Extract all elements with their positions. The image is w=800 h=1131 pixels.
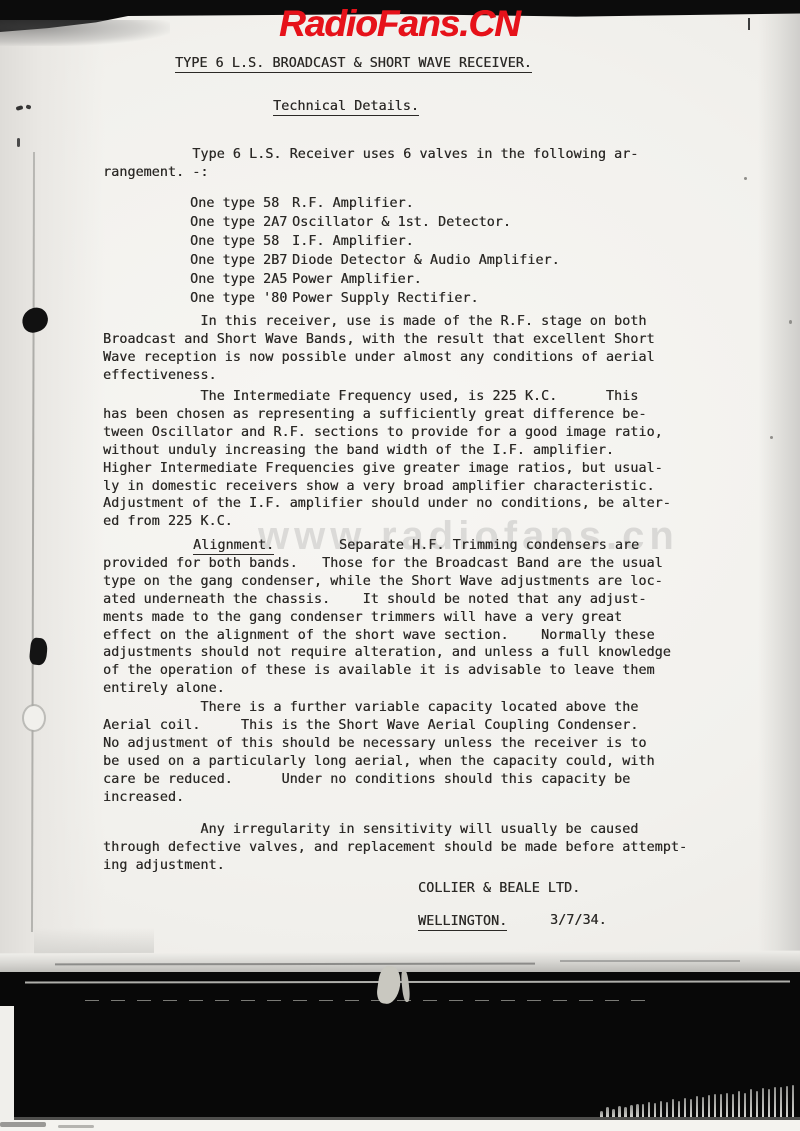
text-line: ments made to the gang condenser trimmer… bbox=[103, 609, 671, 627]
text-line: tween Oscillator and R.F. sections to pr… bbox=[103, 424, 671, 442]
text-line: ing adjustment. bbox=[103, 857, 687, 875]
scratch-line bbox=[85, 1000, 645, 1001]
valve-qty: One type '80 bbox=[190, 290, 292, 309]
scanner-edge-strip bbox=[0, 1006, 14, 1131]
text-line: adjustments should not require alteratio… bbox=[103, 644, 671, 662]
text-line: has been chosen as representing a suffic… bbox=[103, 406, 671, 424]
page-title: TYPE 6 L.S. BROADCAST & SHORT WAVE RECEI… bbox=[175, 56, 532, 71]
scan-streak bbox=[560, 960, 740, 962]
text-line: increased. bbox=[103, 789, 655, 807]
text-line: Any irregularity in sensitivity will usu… bbox=[103, 821, 687, 839]
valve-row: One type 2A5Power Amplifier. bbox=[190, 271, 560, 290]
dust-speck bbox=[770, 436, 773, 439]
valve-role: R.F. Amplifier. bbox=[292, 196, 414, 211]
text-line: entirely alone. bbox=[103, 680, 671, 698]
text-line: effect on the alignment of the short wav… bbox=[103, 627, 671, 645]
valve-row: One type 58I.F. Amplifier. bbox=[190, 233, 560, 252]
alignment-heading: Alignment. bbox=[193, 538, 274, 555]
scanner-bottom-strip bbox=[0, 1120, 800, 1131]
text-line: Broadcast and Short Wave Bands, with the… bbox=[103, 331, 655, 349]
right-edge-shade bbox=[758, 0, 800, 975]
valve-role: I.F. Amplifier. bbox=[292, 234, 414, 249]
text-line: Adjustment of the I.F. amplifier should … bbox=[103, 495, 671, 513]
pen-mark bbox=[17, 138, 20, 147]
sensitivity-paragraph: Any irregularity in sensitivity will usu… bbox=[103, 821, 687, 875]
intro-paragraph: Type 6 L.S. Receiver uses 6 valves in th… bbox=[103, 146, 638, 182]
valve-qty: One type 2B7 bbox=[190, 252, 292, 271]
capacity-paragraph: There is a further variable capacity loc… bbox=[103, 699, 655, 806]
scan-stripe-artifact bbox=[600, 972, 796, 1118]
valve-row: One type '80Power Supply Rectifier. bbox=[190, 290, 560, 309]
valve-row: One type 2B7Diode Detector & Audio Ampli… bbox=[190, 252, 560, 271]
valve-qty: One type 58 bbox=[190, 233, 292, 252]
alignment-lines: provided for both bands. Those for the B… bbox=[103, 555, 671, 698]
text-line: Type 6 L.S. Receiver uses 6 valves in th… bbox=[103, 146, 638, 164]
dust-speck bbox=[744, 177, 747, 180]
text-line: be used on a particularly long aerial, w… bbox=[103, 753, 655, 771]
text-line: ly in domestic receivers show a very bro… bbox=[103, 478, 671, 496]
valve-qty: One type 2A5 bbox=[190, 271, 292, 290]
valve-qty: One type 2A7 bbox=[190, 214, 292, 233]
punch-hole bbox=[24, 706, 44, 730]
valve-role: Power Supply Rectifier. bbox=[292, 291, 479, 306]
alignment-first-line-rest: Separate H.F. Trimming condensers are bbox=[274, 538, 639, 553]
if-frequency-paragraph: The Intermediate Frequency used, is 225 … bbox=[103, 388, 671, 531]
text-line: In this receiver, use is made of the R.F… bbox=[103, 313, 655, 331]
text-line: There is a further variable capacity loc… bbox=[103, 699, 655, 717]
alignment-paragraph: Alignment. Separate H.F. Trimming conden… bbox=[103, 537, 671, 698]
scan-top-smudge bbox=[0, 20, 170, 46]
valve-role: Oscillator & 1st. Detector. bbox=[292, 215, 511, 230]
company-city: WELLINGTON. bbox=[418, 914, 507, 929]
text-line: Higher Intermediate Frequencies give gre… bbox=[103, 460, 671, 478]
text-line: of the operation of these is available i… bbox=[103, 662, 671, 680]
text-line: without unduly increasing the band width… bbox=[103, 442, 671, 460]
scan-smudge bbox=[58, 1125, 94, 1128]
text-line: through defective valves, and replacemen… bbox=[103, 839, 687, 857]
scan-smudge bbox=[0, 1122, 46, 1127]
text-line: Wave reception is now possible under alm… bbox=[103, 349, 655, 367]
valve-qty: One type 58 bbox=[190, 195, 292, 214]
text-line: Aerial coil. This is the Short Wave Aeri… bbox=[103, 717, 655, 735]
text-line: provided for both bands. Those for the B… bbox=[103, 555, 671, 573]
valve-row: One type 2A7Oscillator & 1st. Detector. bbox=[190, 214, 560, 233]
rf-stage-paragraph: In this receiver, use is made of the R.F… bbox=[103, 313, 655, 385]
text-line: care be reduced. Under no conditions sho… bbox=[103, 771, 655, 789]
scanned-document-page: RadioFans.CN www.radiofans.cn TYPE 6 L.S… bbox=[0, 0, 800, 1131]
document-date: 3/7/34. bbox=[550, 913, 607, 928]
left-margin-shade bbox=[0, 0, 110, 1010]
text-line: rangement. -: bbox=[103, 164, 638, 182]
alignment-heading-line: Alignment. Separate H.F. Trimming conden… bbox=[103, 537, 671, 555]
company-name: COLLIER & BEALE LTD. bbox=[418, 881, 580, 896]
valve-role: Power Amplifier. bbox=[292, 272, 422, 287]
dust-speck bbox=[789, 320, 792, 324]
valve-row: One type 58R.F. Amplifier. bbox=[190, 195, 560, 214]
text-line: ated underneath the chassis. It should b… bbox=[103, 591, 671, 609]
text-line: No adjustment of this should be necessar… bbox=[103, 735, 655, 753]
text-line: ed from 225 K.C. bbox=[103, 513, 671, 531]
scan-tick-mark bbox=[748, 18, 750, 30]
radiofans-watermark: RadioFans.CN bbox=[279, 3, 520, 45]
valve-list: One type 58R.F. Amplifier.One type 2A7Os… bbox=[190, 195, 560, 308]
text-line: type on the gang condenser, while the Sh… bbox=[103, 573, 671, 591]
text-line: The Intermediate Frequency used, is 225 … bbox=[103, 388, 671, 406]
valve-role: Diode Detector & Audio Amplifier. bbox=[292, 253, 560, 268]
section-subtitle: Technical Details. bbox=[273, 99, 419, 114]
text-line: effectiveness. bbox=[103, 367, 655, 385]
